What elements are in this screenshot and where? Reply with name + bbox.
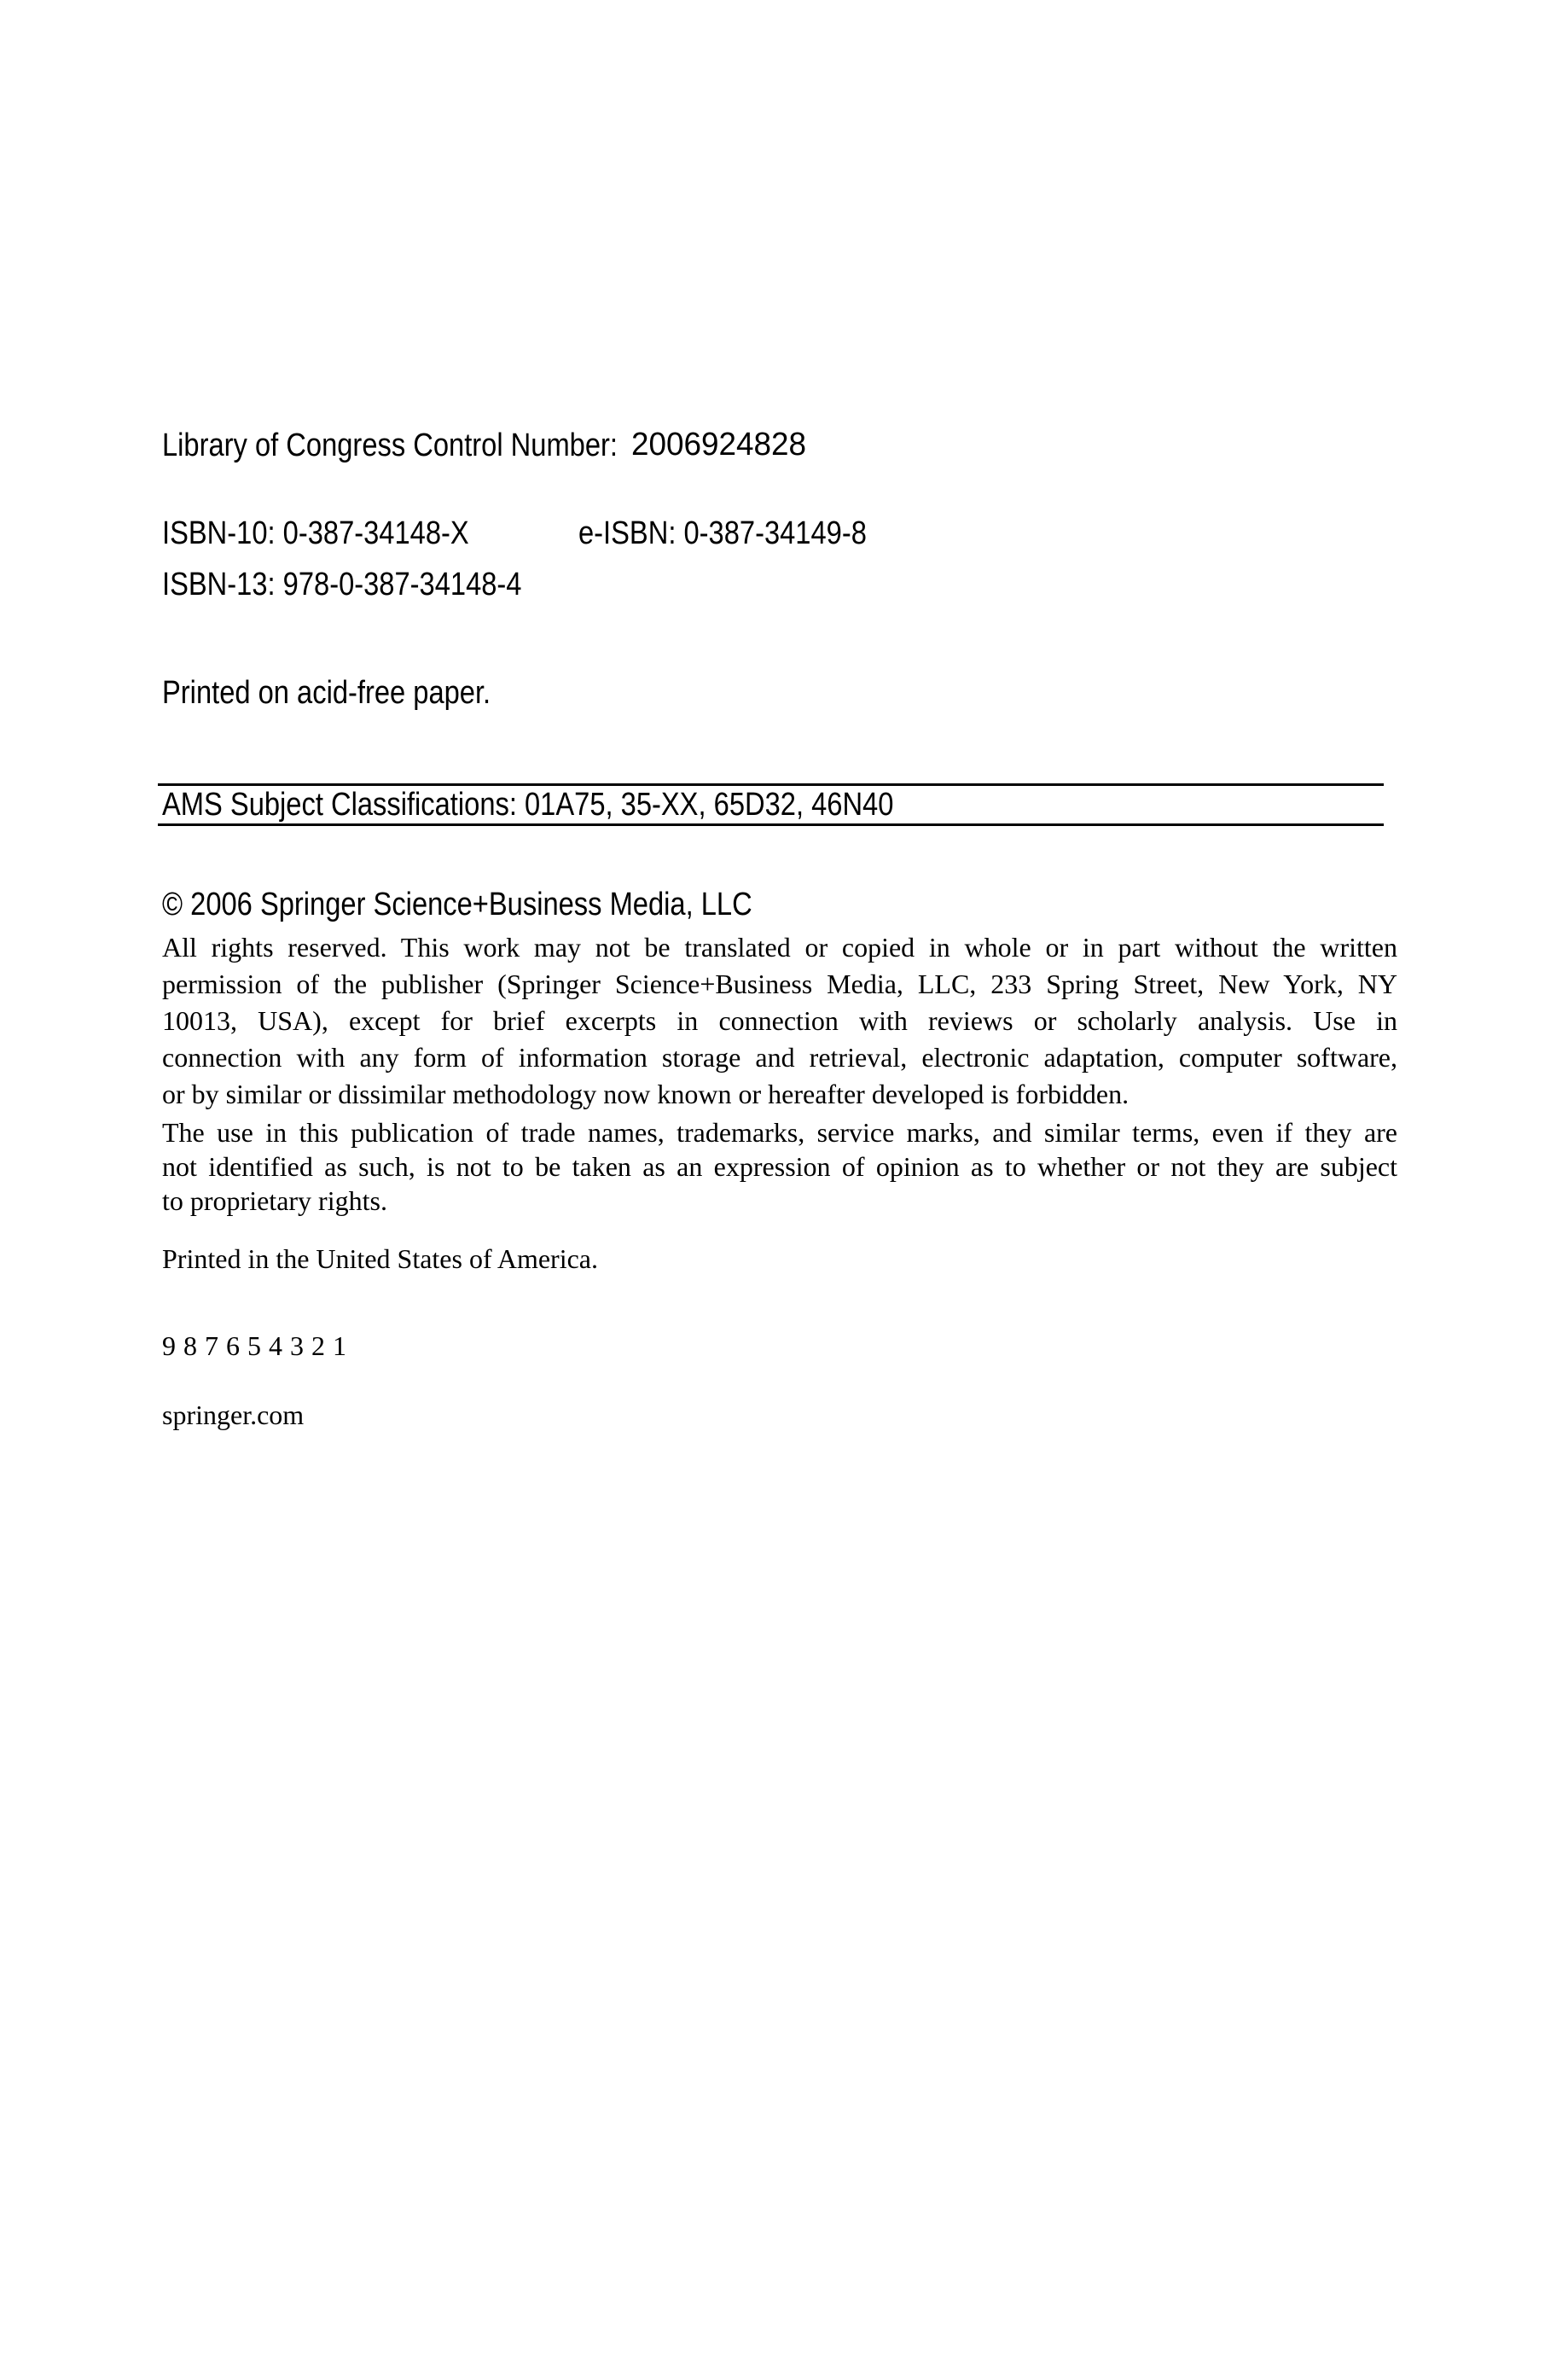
rights-line: or by similar or dissimilar methodology … [162, 1076, 1397, 1113]
rights-line: connection with any form of information … [162, 1039, 1397, 1076]
rights-line: 10013, USA), except for brief excerpts i… [162, 1003, 1397, 1039]
isbn10-line: ISBN-10: 0-387-34148-X [162, 517, 519, 550]
trademark-line: to proprietary rights. [162, 1184, 1397, 1218]
trademark-paragraph: The use in this publication of trade nam… [162, 1115, 1397, 1218]
trademark-line: not identified as such, is not to be tak… [162, 1149, 1397, 1184]
rights-line: permission of the publisher (Springer Sc… [162, 966, 1397, 1003]
isbn13-line: ISBN-13: 978-0-387-34148-4 [162, 568, 580, 601]
loc-control-number-line: Library of Congress Control Number: [162, 429, 692, 462]
ams-classifications-box: AMS Subject Classifications: 01A75, 35-X… [158, 783, 1384, 826]
print-run-line: 9 8 7 6 5 4 3 2 1 [162, 1329, 347, 1363]
rights-line: All rights reserved. This work may not b… [162, 929, 1397, 966]
publisher-website: springer.com [162, 1398, 304, 1432]
copyright-line: © 2006 Springer Science+Business Media, … [162, 888, 848, 921]
copyright-page: Library of Congress Control Number: 2006… [0, 0, 1568, 2368]
loc-number: 2006924828 [631, 428, 811, 461]
acid-free-line: Printed on acid-free paper. [162, 677, 544, 709]
ams-classifications-text: AMS Subject Classifications: 01A75, 35-X… [158, 786, 1384, 823]
loc-label: Library of Congress Control Number: [162, 429, 618, 462]
trademark-line: The use in this publication of trade nam… [162, 1115, 1397, 1149]
rights-paragraph: All rights reserved. This work may not b… [162, 929, 1397, 1113]
printed-in-line: Printed in the United States of America. [162, 1242, 598, 1276]
eisbn-line: e-ISBN: 0-387-34149-8 [578, 517, 914, 550]
